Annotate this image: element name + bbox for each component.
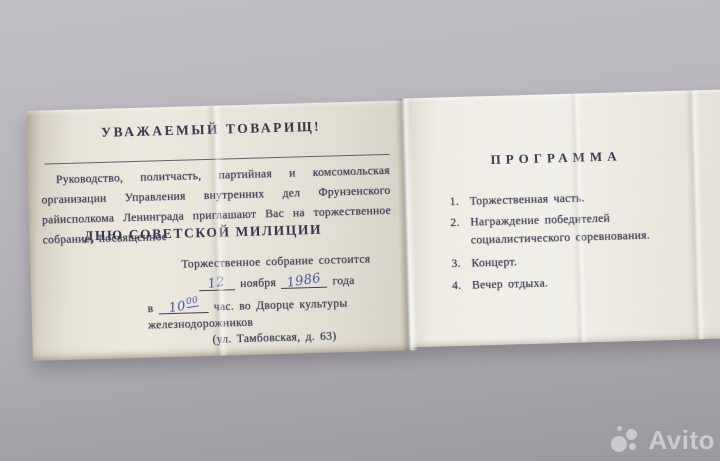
item-number: 1. bbox=[450, 193, 464, 211]
address-text: (ул. Тамбовская, д. 63) bbox=[212, 329, 336, 345]
avito-dot-top bbox=[626, 429, 637, 440]
item-text: Торжественная часть. bbox=[470, 191, 585, 207]
item-number: 2. bbox=[450, 214, 464, 232]
avito-dots-icon bbox=[609, 426, 643, 453]
item-text: Награждение победителей социалистическог… bbox=[470, 212, 650, 247]
invitation-left-page: УВАЖАЕМЫЙ ТОВАРИЩ! Руководство, политчас… bbox=[26, 100, 410, 360]
program-title: ПРОГРАММА bbox=[410, 146, 701, 170]
photo-background: УВАЖАЕМЫЙ ТОВАРИЩ! Руководство, политчас… bbox=[0, 0, 720, 461]
date-year-blank: 1986 bbox=[281, 277, 327, 289]
month-label: ноября bbox=[240, 276, 276, 290]
item-number: 4. bbox=[452, 277, 466, 295]
invitation-card: УВАЖАЕМЫЙ ТОВАРИЩ! Руководство, политчас… bbox=[26, 89, 720, 361]
handwritten-hour: 10 bbox=[168, 299, 187, 316]
handwritten-year: 1986 bbox=[286, 274, 321, 289]
avito-dot-big bbox=[611, 436, 627, 452]
avito-brand-text: Avito bbox=[648, 427, 715, 453]
invitation-right-page: ПРОГРАММА 1.Торжественная часть. 2.Награ… bbox=[403, 89, 720, 347]
handwritten-minutes: 00 bbox=[185, 296, 199, 309]
item-text: Вечер отдыха. bbox=[472, 276, 548, 291]
year-label: года bbox=[332, 274, 355, 288]
avito-watermark: Avito bbox=[609, 426, 715, 453]
time-prefix-label: в bbox=[147, 302, 153, 315]
time-blank: 1000 bbox=[158, 298, 208, 315]
item-number: 3. bbox=[451, 255, 465, 273]
handwritten-time: 1000 bbox=[167, 296, 199, 315]
time-line: в 1000 час. во Дворце культуры bbox=[147, 294, 347, 315]
item-text: Концерт. bbox=[471, 255, 517, 269]
time-suffix-label: час. во Дворце культуры bbox=[214, 296, 348, 313]
venue-text: железнодорожников bbox=[148, 316, 253, 332]
avito-dot-small bbox=[617, 426, 622, 431]
avito-dot-right bbox=[629, 443, 636, 450]
